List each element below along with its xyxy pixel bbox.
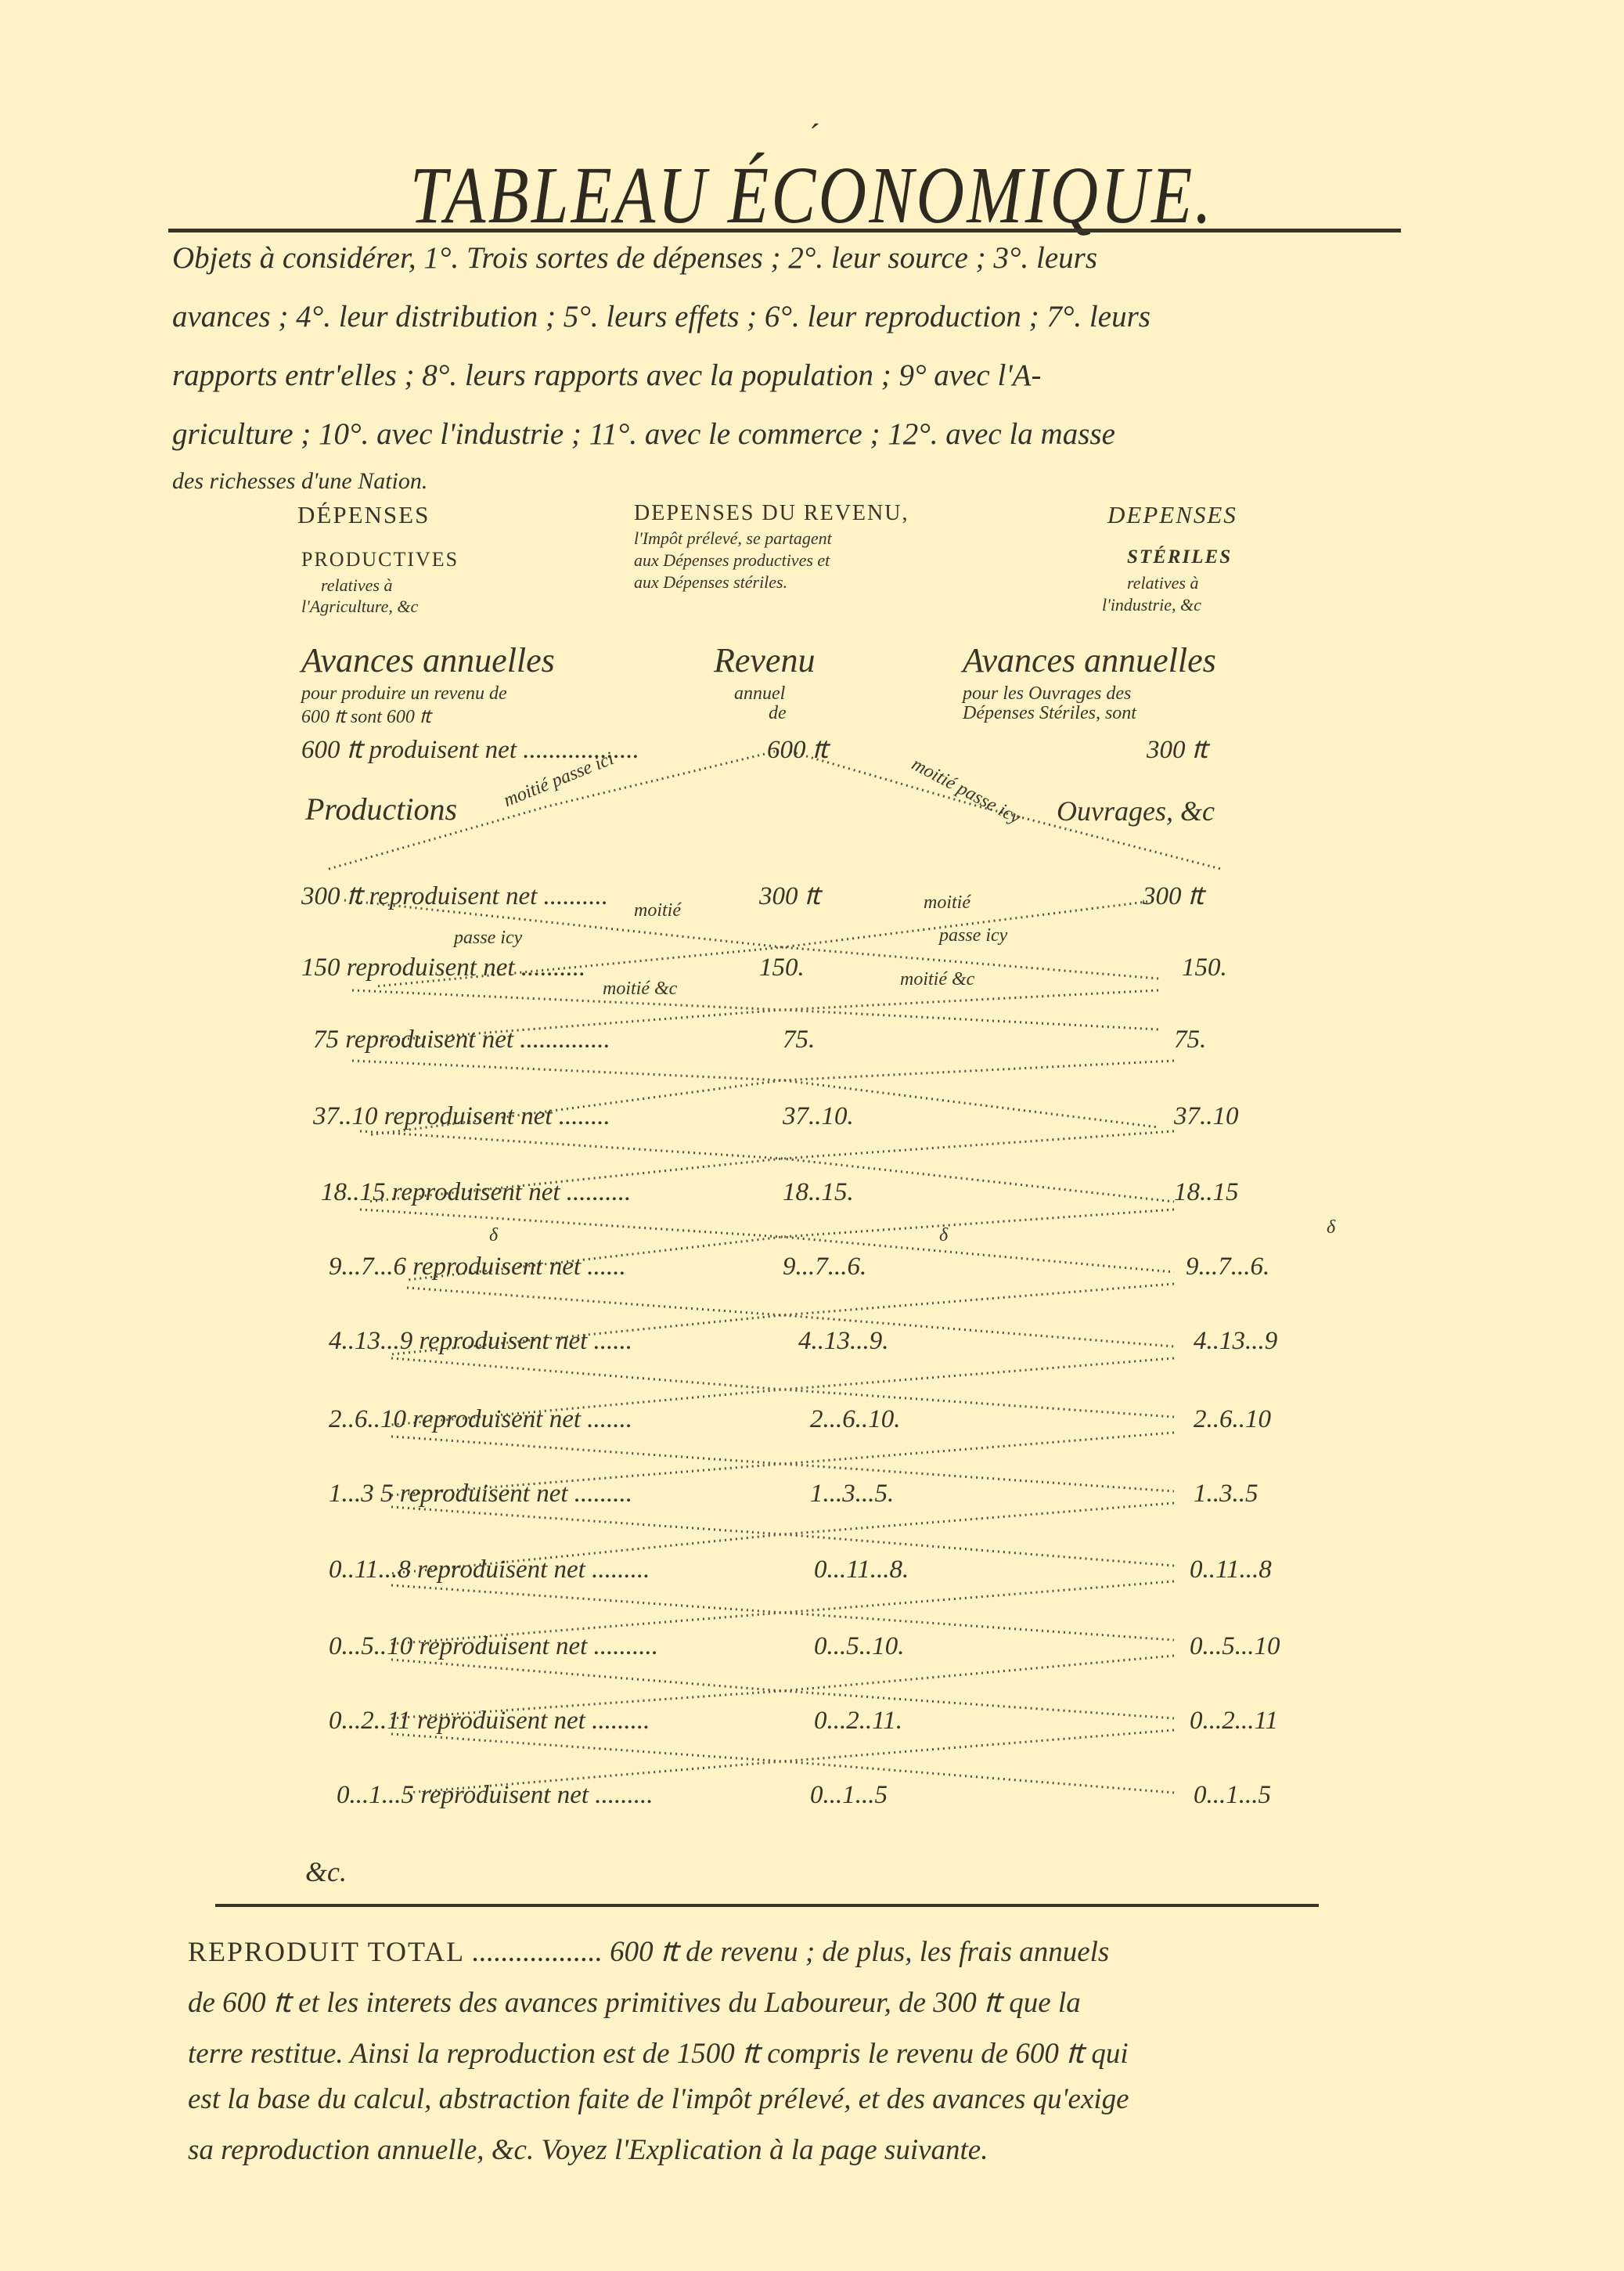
ouvrages-label: Ouvrages, &c [1057,795,1215,827]
advances-desc: annuel [734,683,785,705]
intro-line: griculture ; 10°. avec l'industrie ; 11°… [172,419,1424,449]
row-right: 0...2...11 [1190,1707,1278,1736]
column-desc: l'Agriculture, &c [301,597,418,617]
moitie-label: moitié [634,900,681,921]
row-left: 2..6..10 reproduisent net ....... [329,1405,632,1434]
intro-line: rapports entr'elles ; 8°. leurs rapports… [172,360,1424,391]
column-desc: l'industrie, &c [1102,595,1201,615]
row-middle: 0...5..10. [814,1632,905,1661]
moitie-passe-ici-right: moitié passe icy [908,754,1024,829]
row-right: 4..13...9 [1194,1327,1277,1356]
row-middle: 4..13...9. [798,1327,889,1356]
row-middle: 9...7...6. [783,1253,866,1281]
total-line: sa reproduction annuelle, &c. Voyez l'Ex… [188,2133,988,2167]
row-right: 2..6..10 [1194,1405,1271,1434]
column-desc: relatives à [1127,573,1198,593]
row-right: 0...1...5 [1194,1781,1271,1810]
row-right: 1..3..5 [1194,1480,1259,1509]
row-middle: 18..15. [783,1178,854,1207]
row-left: 9...7...6 reproduisent net ...... [329,1253,626,1281]
productions-label: Productions [305,791,457,827]
row-left: 75 reproduisent net .............. [313,1026,610,1054]
row-left: 0..11...8 reproduisent net ......... [329,1555,650,1584]
total-line: de 600 ₶ et les interets des avances pri… [188,1981,1081,2020]
row-right: 300 ₶ [1147,730,1208,766]
row-right: 150. [1182,953,1227,982]
advances-desc: 600 ₶ sont 600 ₶ [301,703,431,729]
passe-icy-label: passe icy [939,925,1007,946]
moitie-etc-label: moitié &c [603,979,677,1000]
row-left: 0...2..11 reproduisent net ......... [329,1707,650,1736]
row-right: 75. [1174,1026,1206,1054]
row-left: 37..10 reproduisent net ........ [313,1102,610,1131]
moitie-etc-label: moitié &c [900,969,974,990]
moitie-label: moitié [924,892,970,914]
total-line-rest: 600 ₶ de revenu ; de plus, les frais ann… [610,1936,1109,1968]
column-title: DEPENSES [1107,501,1237,529]
row-right: 300 ₶ [1143,877,1204,912]
row-middle: 75. [783,1026,815,1054]
advances-title: Avances annuelles [963,640,1216,680]
total-line: est la base du calcul, abstraction faite… [188,2082,1129,2116]
total-dots: .................. [472,1936,603,1968]
row-left: 1...3 5 reproduisent net ......... [329,1480,632,1509]
intro-line: avances ; 4°. leur distribution ; 5°. le… [172,301,1424,332]
column-title: DEPENSES DU REVENU, [634,501,909,526]
total-line: terre restitue. Ainsi la reproduction es… [188,2031,1129,2071]
total-rule [215,1904,1319,1907]
row-right: 18..15 [1174,1178,1239,1207]
row-middle: 37..10. [783,1102,854,1131]
row-right: 0...5...10 [1190,1632,1280,1661]
row-right: 37..10 [1174,1102,1239,1131]
column-desc: relatives à [321,575,392,596]
advances-title: Avances annuelles [301,640,555,680]
advances-desc: pour les Ouvrages des [963,683,1131,705]
row-middle: 1...3...5. [810,1480,894,1509]
row-middle: 0...11...8. [814,1555,909,1584]
row-middle: 2...6..10. [810,1405,901,1434]
total-label: REPRODUIT TOTAL [188,1936,465,1967]
column-desc: aux Dépenses productives et [634,550,830,571]
passe-icy-label: passe icy [454,928,522,949]
row-left: 150 reproduisent net .......... [301,953,585,982]
row-right: 9...7...6. [1186,1253,1269,1281]
row-left: 0...5..10 reproduisent net .......... [329,1632,658,1661]
row-middle: 0...2..11. [814,1707,902,1736]
row-left: 18..15 reproduisent net .......... [321,1178,631,1207]
row-middle: 300 ₶ [759,877,820,912]
advances-desc: Dépenses Stériles, sont [963,703,1136,724]
row-left: 0...1...5 reproduisent net ......... [337,1781,654,1810]
title-rule [168,229,1401,233]
row-left: 4..13...9 reproduisent net ...... [329,1327,632,1356]
advances-desc: pour produire un revenu de [301,683,507,705]
row-middle: 150. [759,953,805,982]
column-desc: l'Impôt prélevé, se partagent [634,528,832,549]
deniers-mark: δ [1327,1217,1335,1238]
column-subtitle: STÉRILES [1127,546,1232,568]
etc-label: &c. [305,1855,347,1888]
row-left: 300 ₶ reproduisent net .......... [301,877,608,912]
column-subtitle: PRODUCTIVES [301,548,459,571]
intro-line: Objets à considérer, 1°. Trois sortes de… [172,243,1424,273]
row-middle: 0...1...5 [810,1781,888,1810]
column-desc: aux Dépenses stériles. [634,572,787,593]
intro-line: des richesses d'une Nation. [172,470,1424,493]
advances-title: Revenu [714,640,815,680]
row-right: 0..11...8 [1190,1555,1272,1584]
deniers-mark: δ [939,1225,948,1246]
row-middle: 600 ₶ [767,730,828,766]
advances-desc: de [769,703,787,724]
column-title: DÉPENSES [297,501,430,529]
deniers-mark: δ [489,1225,498,1246]
